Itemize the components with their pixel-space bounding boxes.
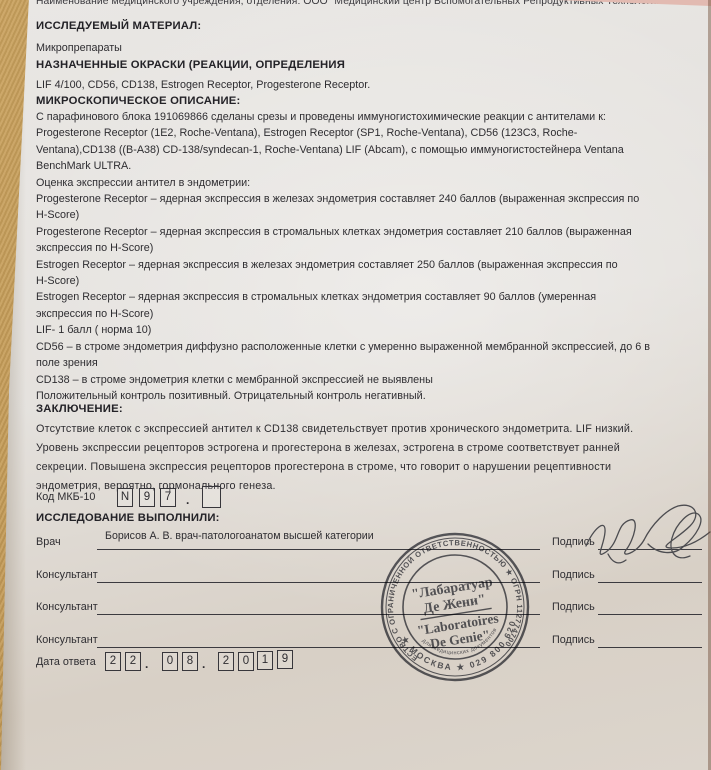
- material-body: Микропрепараты: [36, 40, 662, 56]
- answer-date-row: Дата ответа 2 2 . 0 8 . 2 0 1 9: [0, 651, 711, 677]
- round-lab-stamp: ОБЩЕСТВО С ОГРАНИЧЕННОЙ ОТВЕТСТВЕННОСТЬЮ…: [370, 522, 540, 692]
- section-title-conclusion: ЗАКЛЮЧЕНИЕ:: [36, 403, 123, 415]
- document-page: Наименование медицинского учреждения, от…: [0, 0, 711, 770]
- icd-label: Код МКБ-10: [36, 491, 95, 503]
- date-year-2: 0: [238, 652, 254, 671]
- date-day-1: 2: [105, 652, 121, 671]
- date-day-2: 2: [125, 652, 141, 671]
- signer-row-consultant-2: Консультант Подпись: [0, 598, 711, 622]
- icd-extension-box: [202, 486, 221, 508]
- date-year-1: 2: [218, 652, 234, 671]
- signature-line: [598, 597, 702, 615]
- icd-box-2: 9: [139, 488, 155, 507]
- doctor-signature-scribble: [578, 494, 711, 574]
- photo-of-document: Наименование медицинского учреждения, от…: [0, 0, 711, 770]
- signer-role: Консультант: [36, 634, 98, 646]
- date-month-2: 8: [182, 652, 198, 671]
- date-year-4: 9: [277, 650, 293, 669]
- microscopy-body: С парафинового блока 191069866 сделаны с…: [36, 109, 662, 404]
- signer-role: Врач: [36, 536, 61, 548]
- signature-label: Подпись: [552, 601, 595, 613]
- icd-box-1: N: [117, 488, 133, 507]
- section-title-microscopy: МИКРОСКОПИЧЕСКОЕ ОПИСАНИЕ:: [36, 95, 241, 107]
- signer-role: Консультант: [36, 569, 98, 581]
- icd-box-3: 7: [160, 488, 176, 507]
- signature-label: Подпись: [552, 634, 595, 646]
- icd-dot: .: [186, 493, 189, 507]
- signature-line: [598, 630, 702, 648]
- date-dot-1: .: [145, 657, 148, 671]
- date-dot-2: .: [202, 657, 205, 671]
- section-title-performed-by: ИССЛЕДОВАНИЕ ВЫПОЛНИЛИ:: [36, 512, 220, 524]
- conclusion-body: Отсутствие клеток с экспрессией антител …: [36, 420, 662, 496]
- signer-role: Консультант: [36, 601, 98, 613]
- stains-body: LIF 4/100, CD56, CD138, Estrogen Recepto…: [36, 77, 662, 93]
- answer-date-label: Дата ответа: [36, 656, 96, 668]
- date-month-1: 0: [162, 652, 178, 671]
- date-year-3: 1: [257, 651, 273, 670]
- section-title-stains: НАЗНАЧЕННЫЕ ОКРАСКИ (РЕАКЦИИ, ОПРЕДЕЛЕНИ…: [36, 59, 345, 71]
- section-title-material: ИССЛЕДУЕМЫЙ МАТЕРИАЛ:: [36, 20, 201, 32]
